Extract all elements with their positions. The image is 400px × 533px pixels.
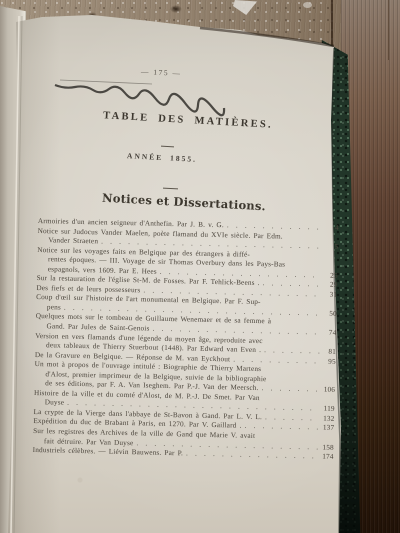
printed-content: — 175 — TABLE DES MATIÈRES. ANNÉE 1855. …	[0, 0, 400, 533]
toc-line-text: Industriels célèbres. — Liévin Bauwens. …	[33, 446, 184, 459]
toc-page-number: 137	[321, 424, 334, 434]
toc-line-text: pens	[47, 303, 61, 313]
ornamental-rule	[163, 188, 178, 190]
toc-page-number: 132	[321, 414, 334, 424]
toc-page-number: 25	[325, 271, 338, 281]
dot-leader: . . . . . . . . . . . . . . . . . . . . …	[186, 450, 318, 463]
toc-page-number: 95	[323, 357, 336, 367]
page-title: TABLE DES MATIÈRES.	[103, 110, 273, 130]
page-number: — 175 —	[141, 67, 182, 78]
toc-page-number: 81	[323, 348, 336, 358]
toc-page-number: 74	[323, 329, 336, 339]
photo-of-open-book-on-wood-table: — 175 — TABLE DES MATIÈRES. ANNÉE 1855. …	[0, 0, 400, 533]
toc-page-number: 106	[322, 386, 335, 396]
section-heading: Notices et Dissertations.	[102, 191, 266, 214]
toc-list: Armoiries d'un ancien seigneur d'Anthefi…	[33, 217, 339, 462]
year-heading: ANNÉE 1855.	[127, 151, 197, 164]
dot-leader: . . . . . . . . . . . . . . . . . . . . …	[244, 422, 318, 433]
toc-page-number: 4	[326, 224, 339, 234]
toc-page-number: 50	[324, 309, 337, 319]
toc-page-number: 174	[321, 453, 334, 463]
toc-line-text: Duyse	[45, 399, 65, 409]
toc-page-number: 31	[324, 290, 337, 300]
toc-page-number: 5	[325, 243, 338, 253]
toc-page-number: 119	[322, 405, 335, 415]
toc-page-number: 29	[324, 281, 337, 291]
ornamental-rule	[161, 146, 174, 148]
toc-page-number: 158	[321, 443, 334, 453]
dot-leader: . . . . . . . . . . . . . . . . . . . . …	[261, 384, 319, 395]
